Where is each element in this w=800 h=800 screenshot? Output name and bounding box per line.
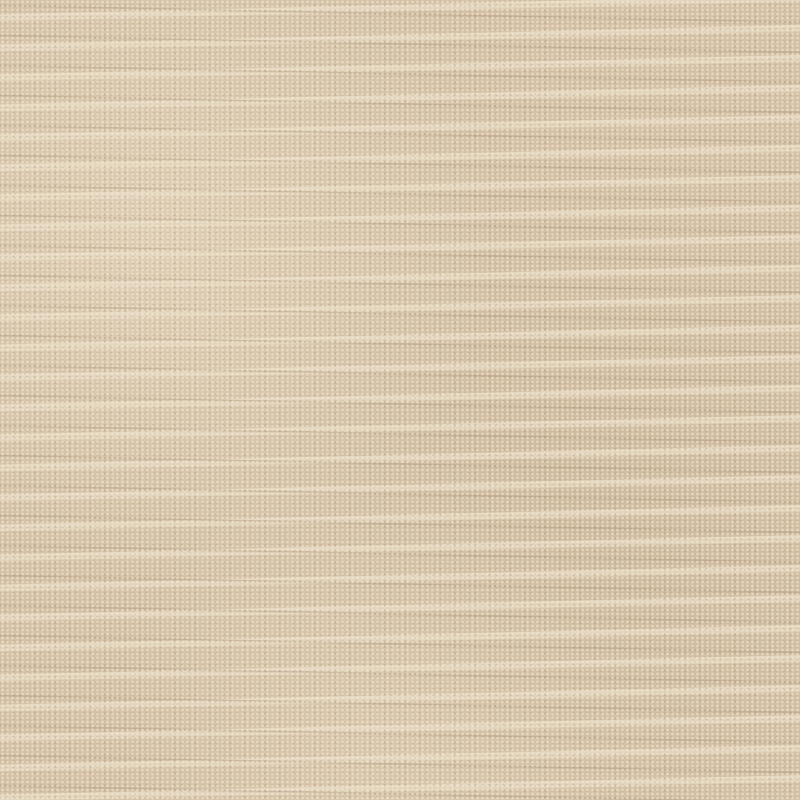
carpet-texture-photo: Beige cut-and-loop carpet texture with h… bbox=[0, 0, 800, 800]
texture-speckle-layer bbox=[0, 0, 800, 800]
